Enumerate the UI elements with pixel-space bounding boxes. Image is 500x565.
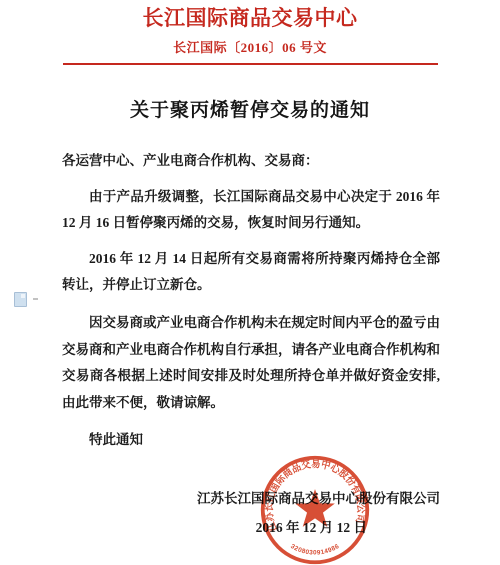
- paste-options-icon: [14, 292, 27, 307]
- letterhead-divider: [63, 63, 438, 65]
- document-page: 长江国际商品交易中心 长江国际〔2016〕06 号文 关于聚丙烯暂停交易的通知 …: [0, 0, 500, 565]
- letterhead-org-name: 长江国际商品交易中心: [0, 0, 500, 32]
- notice-body: 各运营中心、产业电商合作机构、交易商： 由于产品升级调整，长江国际商品交易中心决…: [62, 148, 440, 454]
- body-paragraph: 因交易商或产业电商合作机构未在规定时间内平仓的盈亏由交易商和产业电商合作机构自行…: [62, 310, 440, 416]
- body-paragraph: 由于产品升级调整，长江国际商品交易中心决定于 2016 年 12 月 16 日暂…: [62, 184, 440, 237]
- paste-options-dash: [33, 298, 38, 300]
- seal-star-icon: [295, 489, 335, 527]
- seal-serial-number: 3208030914986: [289, 543, 340, 557]
- closing-line: 特此通知: [62, 427, 440, 454]
- notice-title: 关于聚丙烯暂停交易的通知: [0, 95, 500, 122]
- official-seal-stamp: 江苏长江国际商品交易中心股份有限公司 3208030914986: [258, 453, 372, 565]
- letterhead-doc-number: 长江国际〔2016〕06 号文: [0, 37, 500, 56]
- seal-serial-holder: 3208030914986: [289, 543, 340, 557]
- body-paragraph: 2016 年 12 月 14 日起所有交易商需将所持聚丙烯持仓全部转让，并停止订…: [62, 246, 440, 299]
- salutation-line: 各运营中心、产业电商合作机构、交易商：: [62, 148, 440, 175]
